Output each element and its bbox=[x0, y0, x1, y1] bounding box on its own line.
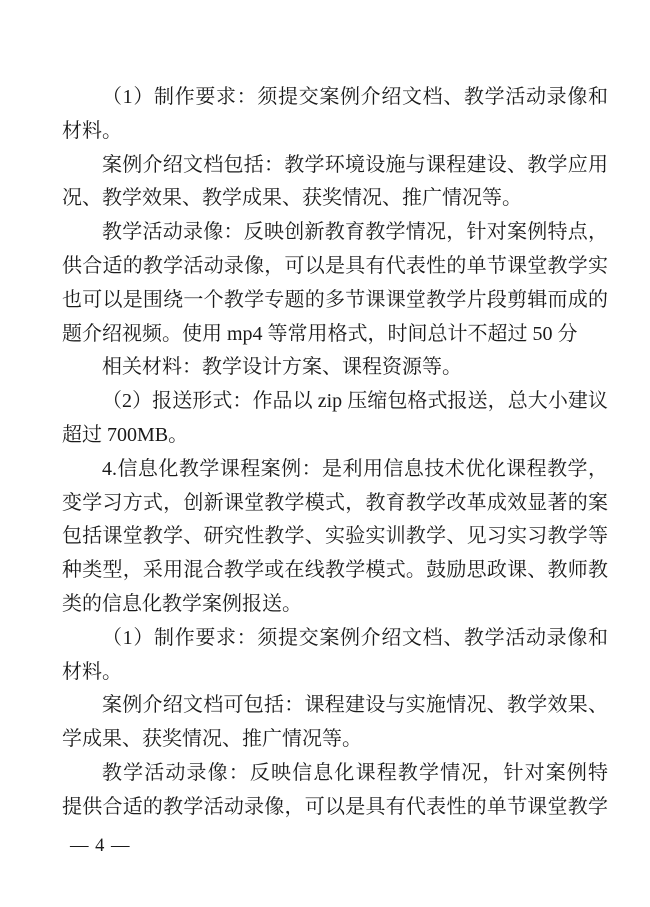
document-body: （1）制作要求：须提交案例介绍文档、教学活动录像和相关材料。案例介绍文档包括：教… bbox=[62, 81, 608, 825]
text-line: 相关材料：教学设计方案、课程资源等。 bbox=[62, 351, 608, 385]
text-line: 材料。 bbox=[62, 115, 608, 149]
text-line: 4.信息化教学课程案例：是利用信息技术优化课程教学，转 bbox=[62, 453, 608, 487]
text-line: 包括课堂教学、研究性教学、实验实训教学、见习实习教学等多 bbox=[62, 520, 608, 554]
text-line: （1）制作要求：须提交案例介绍文档、教学活动录像和相关 bbox=[62, 622, 608, 656]
text-line: 变学习方式，创新课堂教学模式，教育教学改革成效显著的案例。 bbox=[62, 487, 608, 521]
text-line: 也可以是围绕一个教学专题的多节课课堂教学片段剪辑而成的专 bbox=[62, 284, 608, 318]
text-line: （2）报送形式：作品以 zip 压缩包格式报送，总大小建议不 bbox=[62, 385, 608, 419]
text-line: 学成果、获奖情况、推广情况等。 bbox=[62, 723, 608, 757]
text-line: 况、教学效果、教学成果、获奖情况、推广情况等。 bbox=[62, 182, 608, 216]
page-footer: — 4 — bbox=[70, 834, 131, 858]
document-page: （1）制作要求：须提交案例介绍文档、教学活动录像和相关材料。案例介绍文档包括：教… bbox=[0, 0, 650, 907]
text-line: 教学活动录像：反映信息化课程教学情况，针对案例特点， bbox=[62, 757, 608, 791]
text-line: 种类型，采用混合教学或在线教学模式。鼓励思政课、教师教育 bbox=[62, 554, 608, 588]
text-line: 类的信息化教学案例报送。 bbox=[62, 588, 608, 622]
text-line: 提供合适的教学活动录像，可以是具有代表性的单节课堂教学实 bbox=[62, 791, 608, 825]
text-line: 案例介绍文档可包括：课程建设与实施情况、教学效果、教 bbox=[62, 689, 608, 723]
page-number: — 4 — bbox=[70, 836, 131, 856]
text-line: 教学活动录像：反映创新教育教学情况，针对案例特点，提 bbox=[62, 216, 608, 250]
text-line: 超过 700MB。 bbox=[62, 419, 608, 453]
text-line: 供合适的教学活动录像，可以是具有代表性的单节课堂教学实录， bbox=[62, 250, 608, 284]
text-line: 材料。 bbox=[62, 656, 608, 690]
text-line: （1）制作要求：须提交案例介绍文档、教学活动录像和相关 bbox=[62, 81, 608, 115]
text-line: 题介绍视频。使用 mp4 等常用格式，时间总计不超过 50 分钟。 bbox=[62, 318, 608, 352]
text-line: 案例介绍文档包括：教学环境设施与课程建设、教学应用情 bbox=[62, 149, 608, 183]
